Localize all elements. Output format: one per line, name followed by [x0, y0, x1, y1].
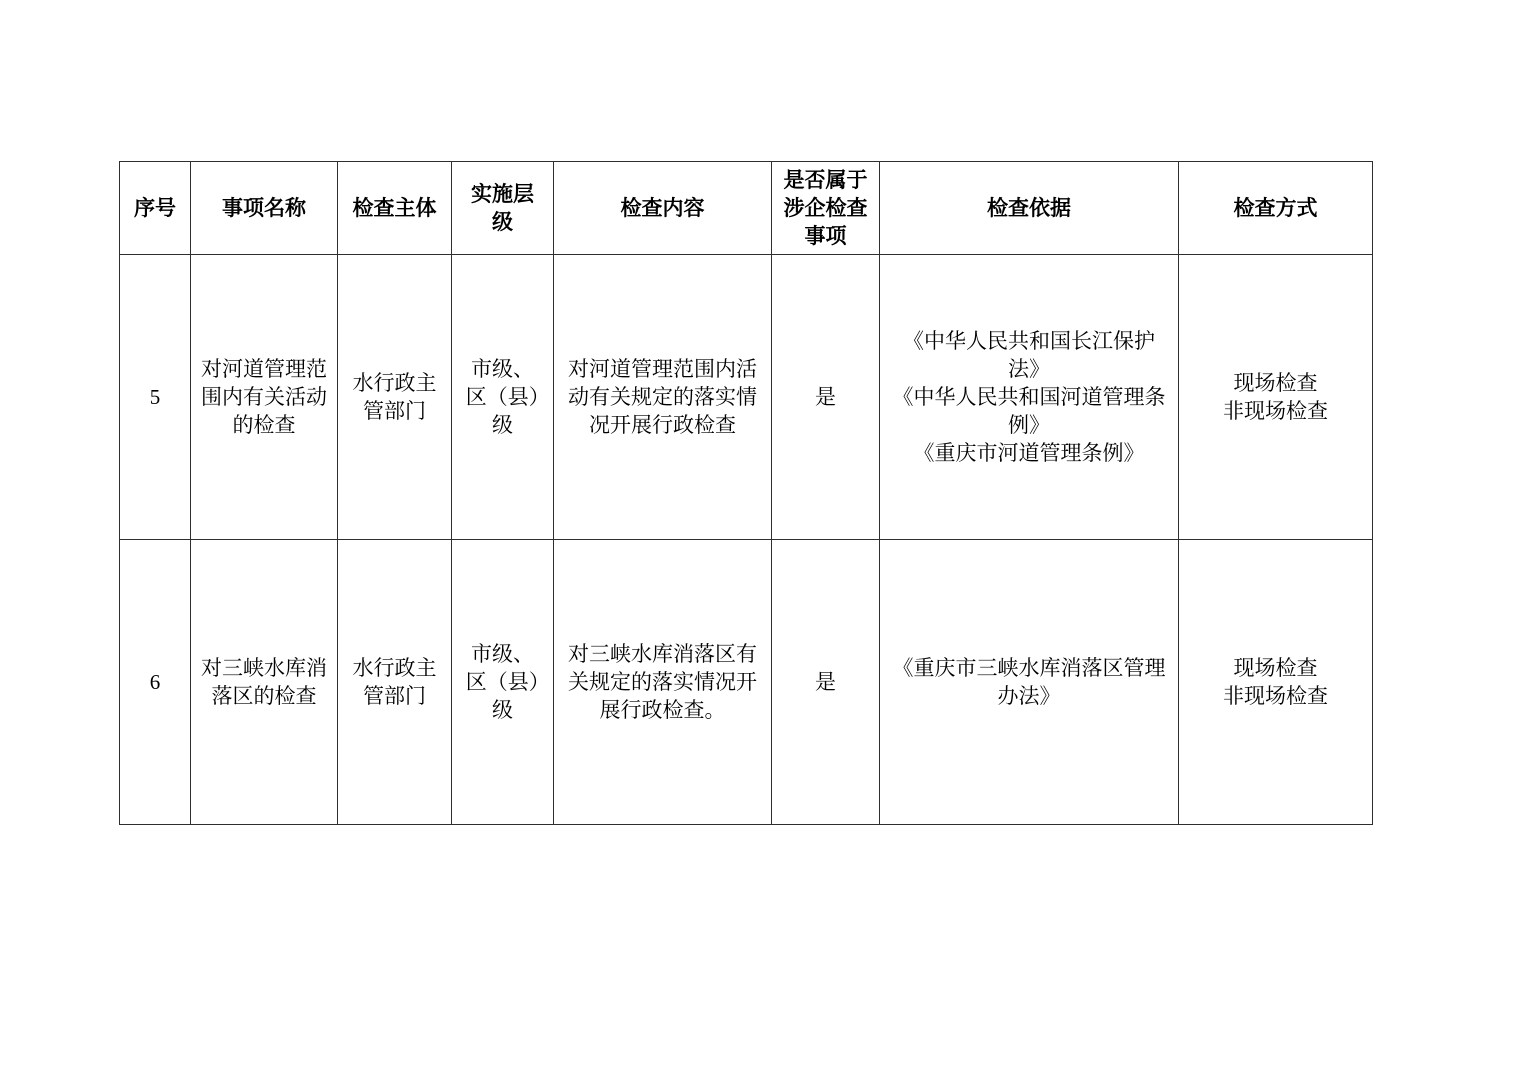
- law-title: 《重庆市河道管理条例》: [890, 439, 1168, 467]
- document-page: 序号 事项名称 检查主体 实施层级 检查内容 是否属于涉企检查事项 检查依据 检…: [0, 0, 1520, 1074]
- header-inspection-subject: 检查主体: [338, 162, 452, 255]
- cell-inspection-subject: 水行政主管部门: [338, 255, 452, 540]
- table-row-6: 6 对三峡水库消落区的检查 水行政主管部门 市级、区（县）级 对三峡水库消落区有…: [120, 540, 1373, 825]
- cell-implementation-level: 市级、区（县）级: [452, 255, 554, 540]
- method-item: 非现场检查: [1189, 397, 1362, 425]
- law-title: 《重庆市三峡水库消落区管理办法》: [890, 654, 1168, 710]
- law-title: 《中华人民共和国长江保护法》: [890, 327, 1168, 383]
- cell-inspection-content: 对河道管理范围内活动有关规定的落实情况开展行政检查: [554, 255, 772, 540]
- cell-implementation-level: 市级、区（县）级: [452, 540, 554, 825]
- header-seq: 序号: [120, 162, 191, 255]
- cell-enterprise-related: 是: [772, 540, 880, 825]
- cell-inspection-basis: 《重庆市三峡水库消落区管理办法》: [880, 540, 1179, 825]
- cell-enterprise-related: 是: [772, 255, 880, 540]
- cell-inspection-content: 对三峡水库消落区有关规定的落实情况开展行政检查。: [554, 540, 772, 825]
- inspection-items-table: 序号 事项名称 检查主体 实施层级 检查内容 是否属于涉企检查事项 检查依据 检…: [119, 161, 1373, 825]
- cell-seq: 6: [120, 540, 191, 825]
- law-title: 《中华人民共和国河道管理条例》: [890, 383, 1168, 439]
- cell-item-name: 对三峡水库消落区的检查: [191, 540, 338, 825]
- cell-inspection-subject: 水行政主管部门: [338, 540, 452, 825]
- table-row-5: 5 对河道管理范围内有关活动的检查 水行政主管部门 市级、区（县）级 对河道管理…: [120, 255, 1373, 540]
- method-item: 现场检查: [1189, 369, 1362, 397]
- cell-seq: 5: [120, 255, 191, 540]
- cell-inspection-method: 现场检查 非现场检查: [1179, 540, 1373, 825]
- header-inspection-content: 检查内容: [554, 162, 772, 255]
- cell-inspection-basis: 《中华人民共和国长江保护法》 《中华人民共和国河道管理条例》 《重庆市河道管理条…: [880, 255, 1179, 540]
- header-implementation-level: 实施层级: [452, 162, 554, 255]
- cell-item-name: 对河道管理范围内有关活动的检查: [191, 255, 338, 540]
- header-item-name: 事项名称: [191, 162, 338, 255]
- header-inspection-basis: 检查依据: [880, 162, 1179, 255]
- method-item: 非现场检查: [1189, 682, 1362, 710]
- cell-inspection-method: 现场检查 非现场检查: [1179, 255, 1373, 540]
- header-enterprise-related: 是否属于涉企检查事项: [772, 162, 880, 255]
- header-inspection-method: 检查方式: [1179, 162, 1373, 255]
- method-item: 现场检查: [1189, 654, 1362, 682]
- table-header-row: 序号 事项名称 检查主体 实施层级 检查内容 是否属于涉企检查事项 检查依据 检…: [120, 162, 1373, 255]
